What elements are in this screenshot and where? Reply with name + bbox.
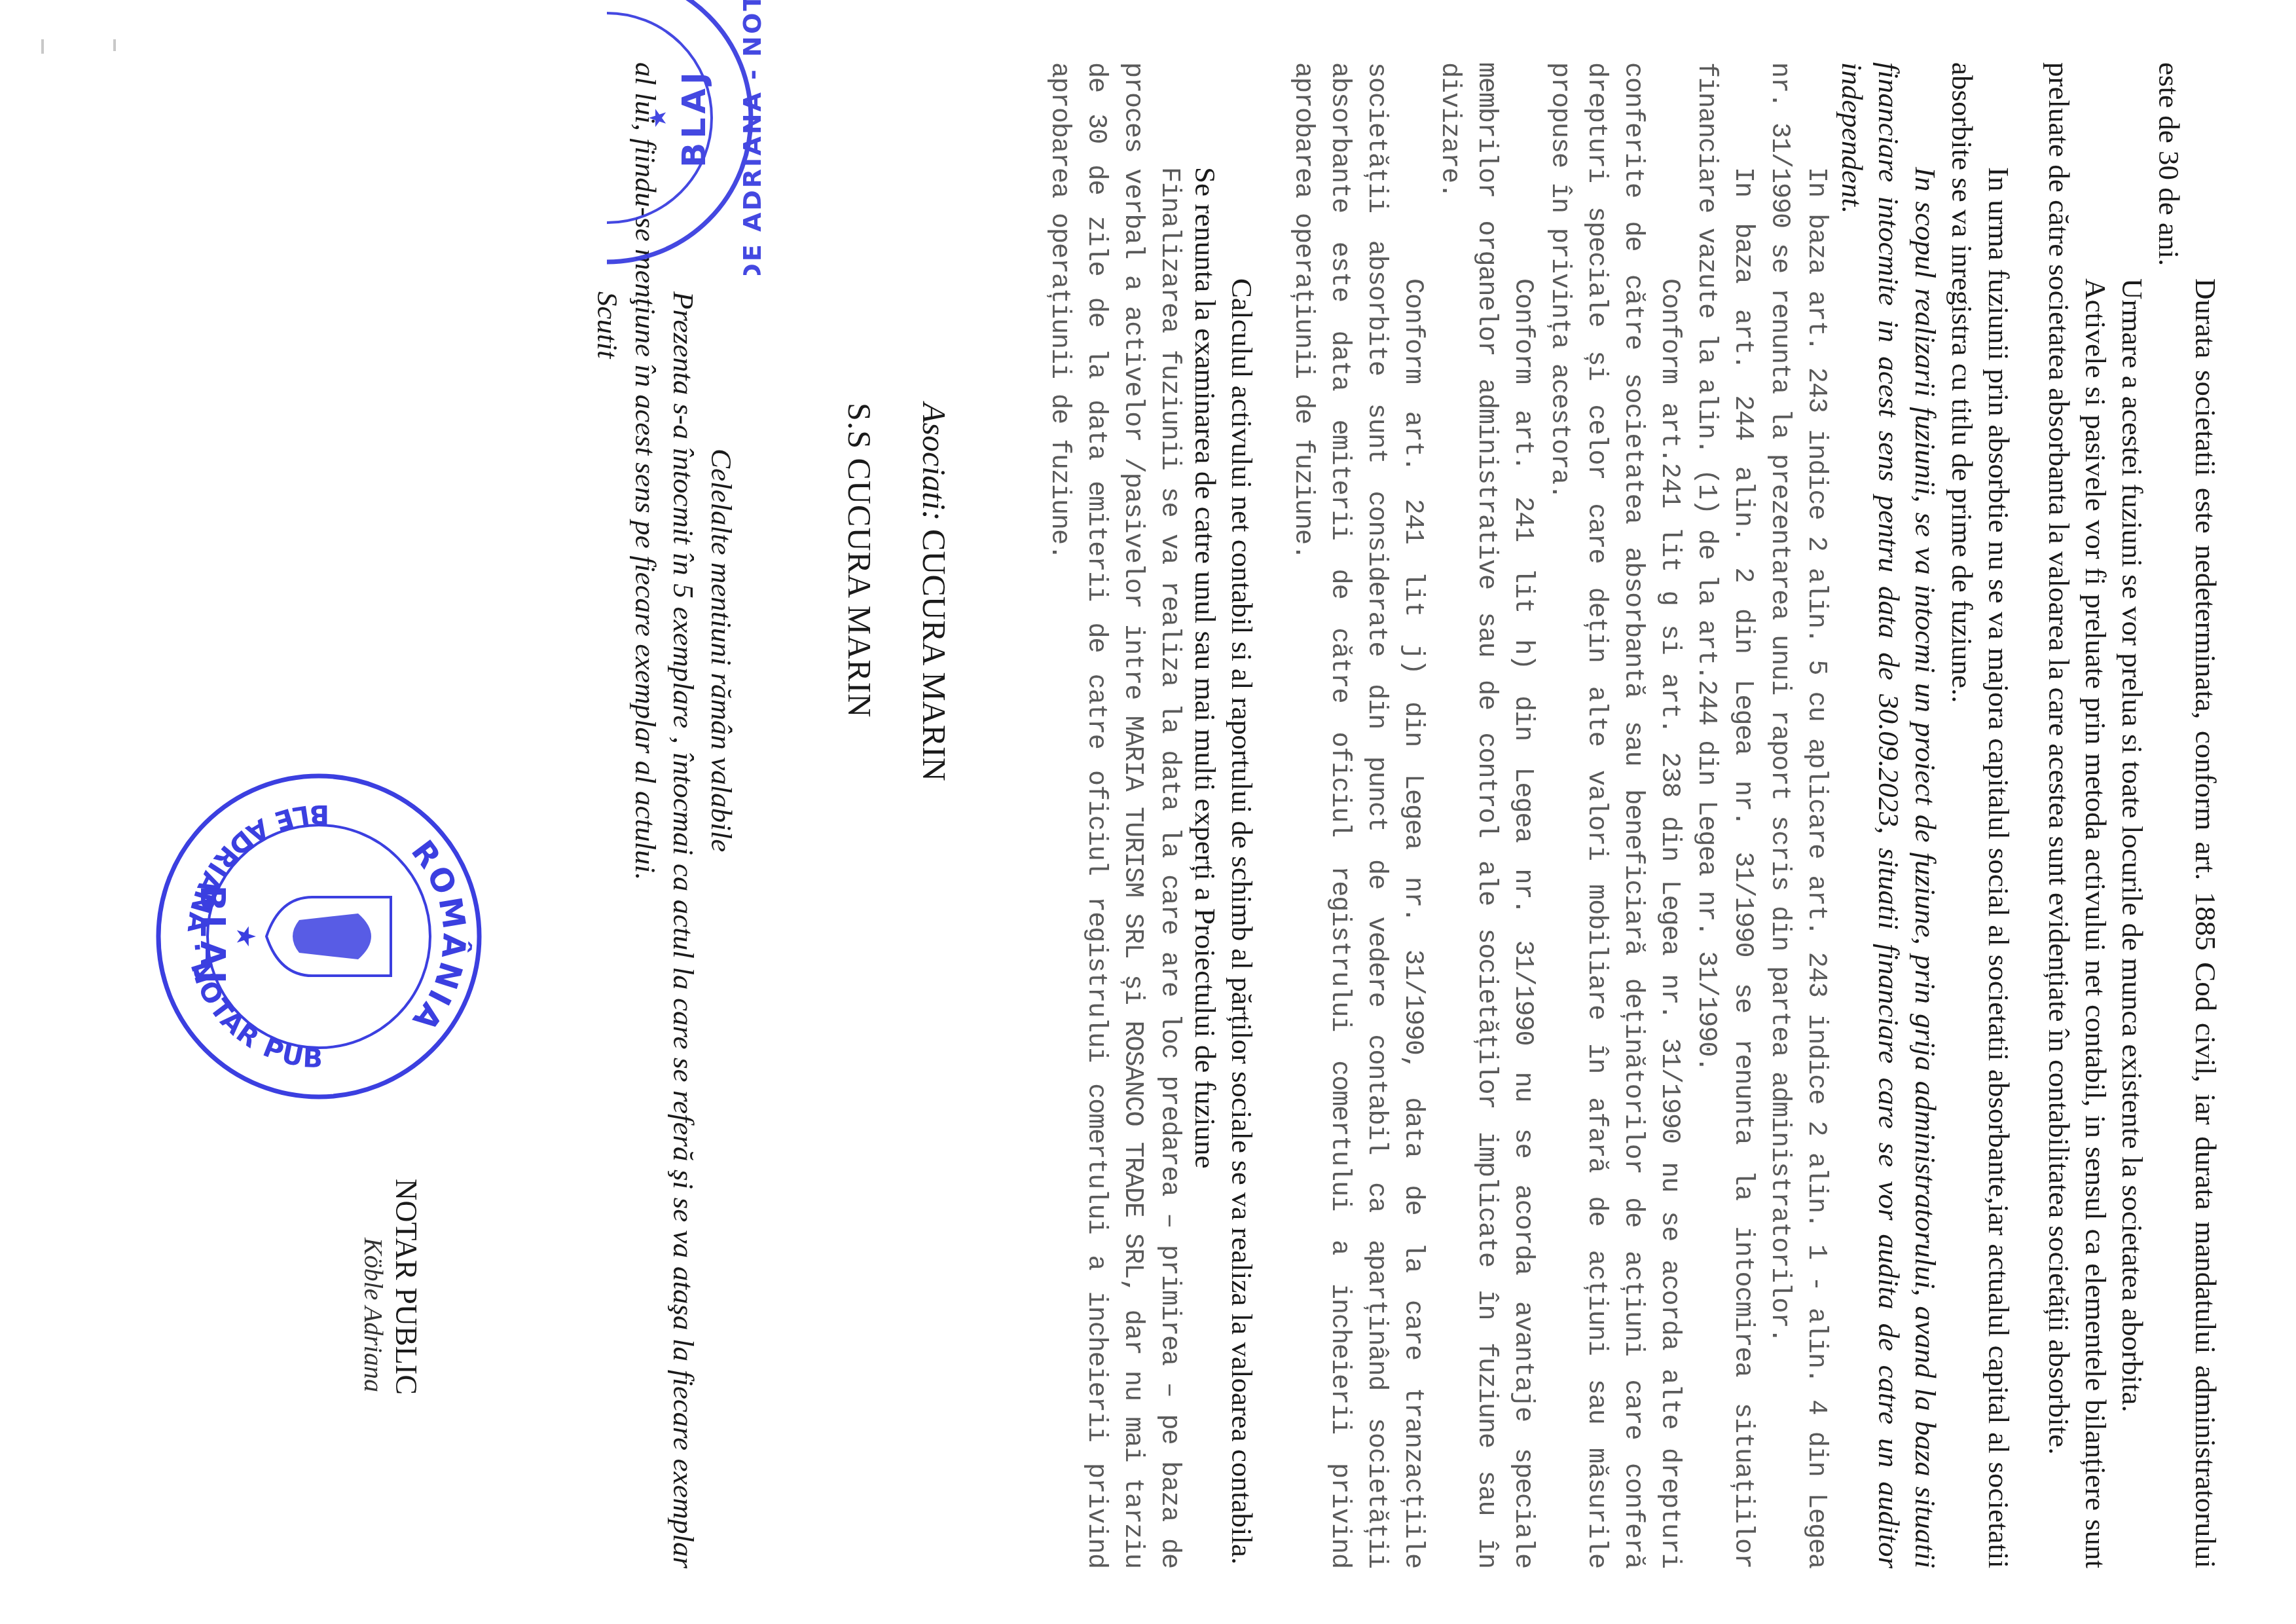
scan-artifact (113, 39, 116, 51)
svg-text:BLAJ: BLAJ (192, 885, 232, 987)
stamp-seal-partial-icon: BLAJ ★ DE ADRIANA - NOTAR (594, 0, 790, 275)
paragraph-art241j: Conform art. 241 lit j) din Legea nr. 31… (1284, 62, 1430, 1568)
associates-line: Asociati: CUCURA MARIN (913, 62, 955, 1568)
document-page: Durata societatii este nedeterminata, co… (0, 0, 2296, 1624)
closing-copies: Prezenta s-a întocmit în 5 exemplare , î… (627, 62, 702, 1568)
paragraph-durata: Durata societatii este nedeterminata, co… (2151, 62, 2224, 1568)
notary-stamp-partial: BLAJ ★ DE ADRIANA - NOTAR (594, 0, 790, 275)
stamp-seal-icon: ROMÂNIA KÖBLE ADRIANA · NOTAR PUBLIC ★ B… (149, 766, 489, 1107)
notary-title: NOTAR PUBLIC (389, 1179, 424, 1572)
paragraph-in-urma: In urma fuziunii prin absorbtie nu se va… (1944, 62, 2017, 1568)
paragraph-art244: In baza art. 244 alin. 2 din Legea nr. 3… (1687, 62, 1760, 1568)
spacer (955, 62, 1040, 1568)
spacer (881, 62, 913, 1568)
signature-line: S.S CUCURA MARIN (839, 62, 881, 1568)
paragraph-calculul: Calculul activului net contabil si al ra… (1224, 62, 1260, 1568)
paragraph-art243: In baza art. 243 indice 2 alin. 5 cu apl… (1760, 62, 1834, 1568)
notary-stamp: ROMÂNIA KÖBLE ADRIANA · NOTAR PUBLIC ★ B… (149, 766, 489, 1107)
paragraph-in-scopul: In scopul realizarii fuziunii, se va int… (1834, 62, 1944, 1568)
document-body: Durata societatii este nedeterminata, co… (589, 62, 2224, 1568)
notary-block: NOTAR PUBLIC Köble Adriana (358, 1179, 424, 1572)
svg-text:BLAJ: BLAJ (675, 68, 713, 167)
closing-exempt: Scutit (589, 62, 627, 1568)
closing-mentions: Celelalte mentiuni rămân valabile (702, 62, 740, 1568)
paragraph-renunta: Se renunta la examinarea de catre unul s… (1187, 62, 1224, 1568)
svg-text:DE ADRIANA - NOTAR: DE ADRIANA - NOTAR (738, 0, 767, 275)
notary-name: Köble Adriana (358, 1238, 389, 1572)
paragraph-finalizarea: Finalizarea fuziunii se va realiza la da… (1040, 62, 1187, 1568)
paragraph-art241h: Conform art. 241 lit h) din Legea nr. 31… (1430, 62, 1540, 1568)
svg-text:★: ★ (645, 107, 671, 128)
associate-name: CUCURA MARIN (916, 529, 953, 781)
spacer (1260, 62, 1284, 1568)
paragraph-urmare: Urmare a acestei fuziuni se vor prelua s… (2114, 62, 2151, 1568)
paragraph-art241g: Conform art.241 lit g si art. 238 din Le… (1540, 62, 1687, 1568)
svg-text:★: ★ (231, 925, 261, 948)
paragraph-activele: Activele si pasivele vor fi preluate pri… (2041, 62, 2114, 1568)
associates-label: Asociati: (916, 403, 953, 521)
spacer (740, 62, 839, 1568)
spacer (2017, 62, 2041, 1568)
scan-artifact (41, 39, 44, 54)
